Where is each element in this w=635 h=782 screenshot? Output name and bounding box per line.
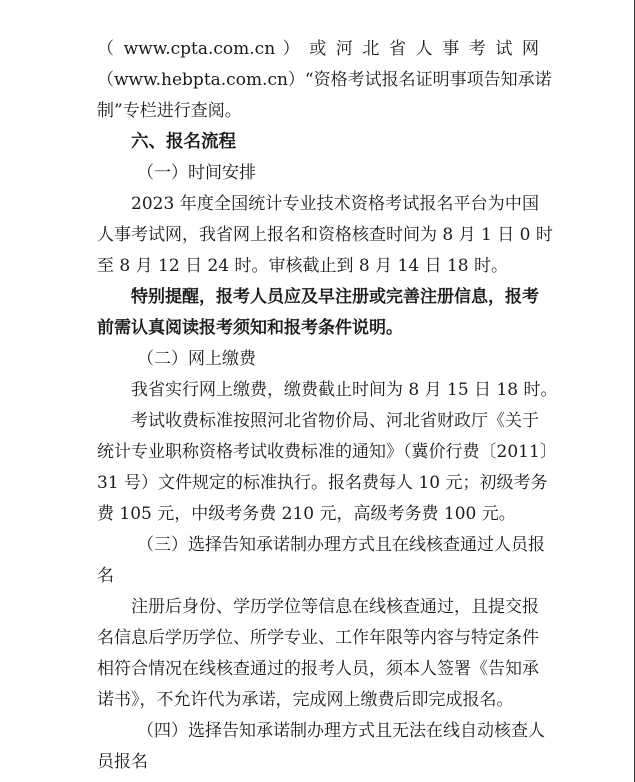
notice-line: 特别提醒，报考人员应及早注册或完善注册信息，报考 bbox=[97, 282, 539, 313]
paragraph-line: 2023 年度全国统计专业技术资格考试报名平台为中国 bbox=[97, 189, 539, 220]
subsection-title-commitment-unverified: （四）选择告知承诺制办理方式且无法在线自动核查人 bbox=[97, 716, 539, 747]
text-line-website-ref: （ www.cpta.com.cn ） 或 河 北 省 人 事 考 试 网 bbox=[97, 34, 539, 65]
subsection-title-schedule: （一）时间安排 bbox=[97, 158, 539, 189]
paragraph-line: 至 8 月 12 日 24 时。审核截止到 8 月 14 日 18 时。 bbox=[97, 251, 539, 282]
section-heading-registration-process: 六、报名流程 bbox=[97, 127, 539, 158]
paragraph-line: 注册后身份、学历学位等信息在线核查通过，且提交报 bbox=[97, 592, 539, 623]
paragraph-line: 相符合情况在线核查通过的报考人员，须本人签署《告知承 bbox=[97, 654, 539, 685]
subsection-title-online-payment: （二）网上缴费 bbox=[97, 344, 539, 375]
paragraph-line: 名信息后学历学位、所学专业、工作年限等内容与特定条件 bbox=[97, 623, 539, 654]
document-page: （ www.cpta.com.cn ） 或 河 北 省 人 事 考 试 网 （w… bbox=[0, 0, 635, 782]
paragraph-line: 费 105 元，中级考务费 210 元，高级考务费 100 元。 bbox=[97, 499, 539, 530]
paragraph-line: 31 号）文件规定的标准执行。报名费每人 10 元；初级考务 bbox=[97, 468, 539, 499]
paragraph-line: 人事考试网，我省网上报名和资格核查时间为 8 月 1 日 0 时 bbox=[97, 220, 539, 251]
paragraph-line: 考试收费标准按照河北省物价局、河北省财政厅《关于 bbox=[97, 406, 539, 437]
notice-line: 前需认真阅读报考须知和报考条件说明。 bbox=[97, 313, 539, 344]
subsection-title-commitment-unverified-cont: 员报名 bbox=[97, 747, 539, 778]
text-line-column-ref: 制”专栏进行查阅。 bbox=[97, 96, 539, 127]
subsection-title-commitment-verified-cont: 名 bbox=[97, 561, 539, 592]
paragraph-line: 我省实行网上缴费，缴费截止时间为 8 月 15 日 18 时。 bbox=[97, 375, 539, 406]
paragraph-line: 统计专业职称资格考试收费标准的通知》（冀价行费〔2011〕 bbox=[97, 437, 539, 468]
paragraph-line: 诺书》，不允许代为承诺，完成网上缴费后即完成报名。 bbox=[97, 685, 539, 716]
document-content: （ www.cpta.com.cn ） 或 河 北 省 人 事 考 试 网 （w… bbox=[97, 34, 539, 778]
subsection-title-commitment-verified: （三）选择告知承诺制办理方式且在线核查通过人员报 bbox=[97, 530, 539, 561]
text-line-website-ref-2: （www.hebpta.com.cn）“资格考试报名证明事项告知承诺 bbox=[97, 65, 539, 96]
